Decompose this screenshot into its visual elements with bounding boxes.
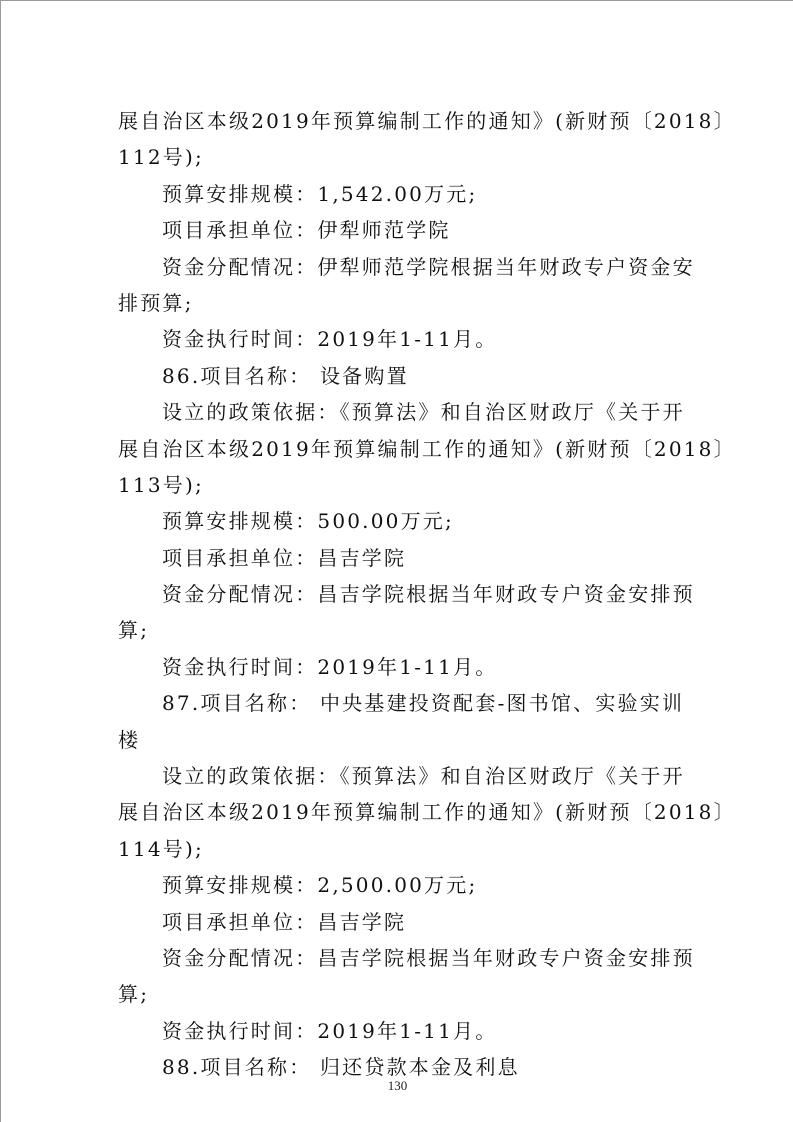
text-line: 113号); — [118, 467, 683, 503]
responsible-unit-line: 项目承担单位：伊犁师范学院 — [118, 212, 683, 248]
policy-basis-line: 设立的政策依据：《预算法》和自治区财政厅《关于开 — [118, 394, 683, 430]
text-line: 楼 — [118, 722, 683, 758]
text-line: 展自治区本级2019年预算编制工作的通知》(新财预〔2018〕 — [118, 103, 683, 139]
text-line: 算; — [118, 976, 683, 1012]
fund-allocation-line: 资金分配情况：昌吉学院根据当年财政专户资金安排预 — [118, 940, 683, 976]
budget-scale-line: 预算安排规模：1,542.00万元; — [118, 176, 683, 212]
document-page: 展自治区本级2019年预算编制工作的通知》(新财预〔2018〕 112号); 预… — [1, 1, 793, 1122]
budget-scale-line: 预算安排规模：500.00万元; — [118, 503, 683, 539]
page-number: 130 — [1, 1078, 793, 1094]
execution-time-line: 资金执行时间：2019年1-11月。 — [118, 321, 683, 357]
project-name-86: 86.项目名称： 设备购置 — [118, 358, 683, 394]
responsible-unit-line: 项目承担单位：昌吉学院 — [118, 904, 683, 940]
text-line: 排预算; — [118, 285, 683, 321]
document-body: 展自治区本级2019年预算编制工作的通知》(新财预〔2018〕 112号); 预… — [118, 103, 683, 1086]
execution-time-line: 资金执行时间：2019年1-11月。 — [118, 649, 683, 685]
fund-allocation-line: 资金分配情况：伊犁师范学院根据当年财政专户资金安 — [118, 249, 683, 285]
fund-allocation-line: 资金分配情况：昌吉学院根据当年财政专户资金安排预 — [118, 576, 683, 612]
project-name-87: 87.项目名称： 中央基建投资配套-图书馆、实验实训 — [118, 685, 683, 721]
text-line: 展自治区本级2019年预算编制工作的通知》(新财预〔2018〕 — [118, 794, 683, 830]
execution-time-line: 资金执行时间：2019年1-11月。 — [118, 1013, 683, 1049]
responsible-unit-line: 项目承担单位：昌吉学院 — [118, 540, 683, 576]
text-line: 114号); — [118, 831, 683, 867]
policy-basis-line: 设立的政策依据：《预算法》和自治区财政厅《关于开 — [118, 758, 683, 794]
text-line: 算; — [118, 612, 683, 648]
text-line: 112号); — [118, 139, 683, 175]
budget-scale-line: 预算安排规模：2,500.00万元; — [118, 867, 683, 903]
text-line: 展自治区本级2019年预算编制工作的通知》(新财预〔2018〕 — [118, 431, 683, 467]
